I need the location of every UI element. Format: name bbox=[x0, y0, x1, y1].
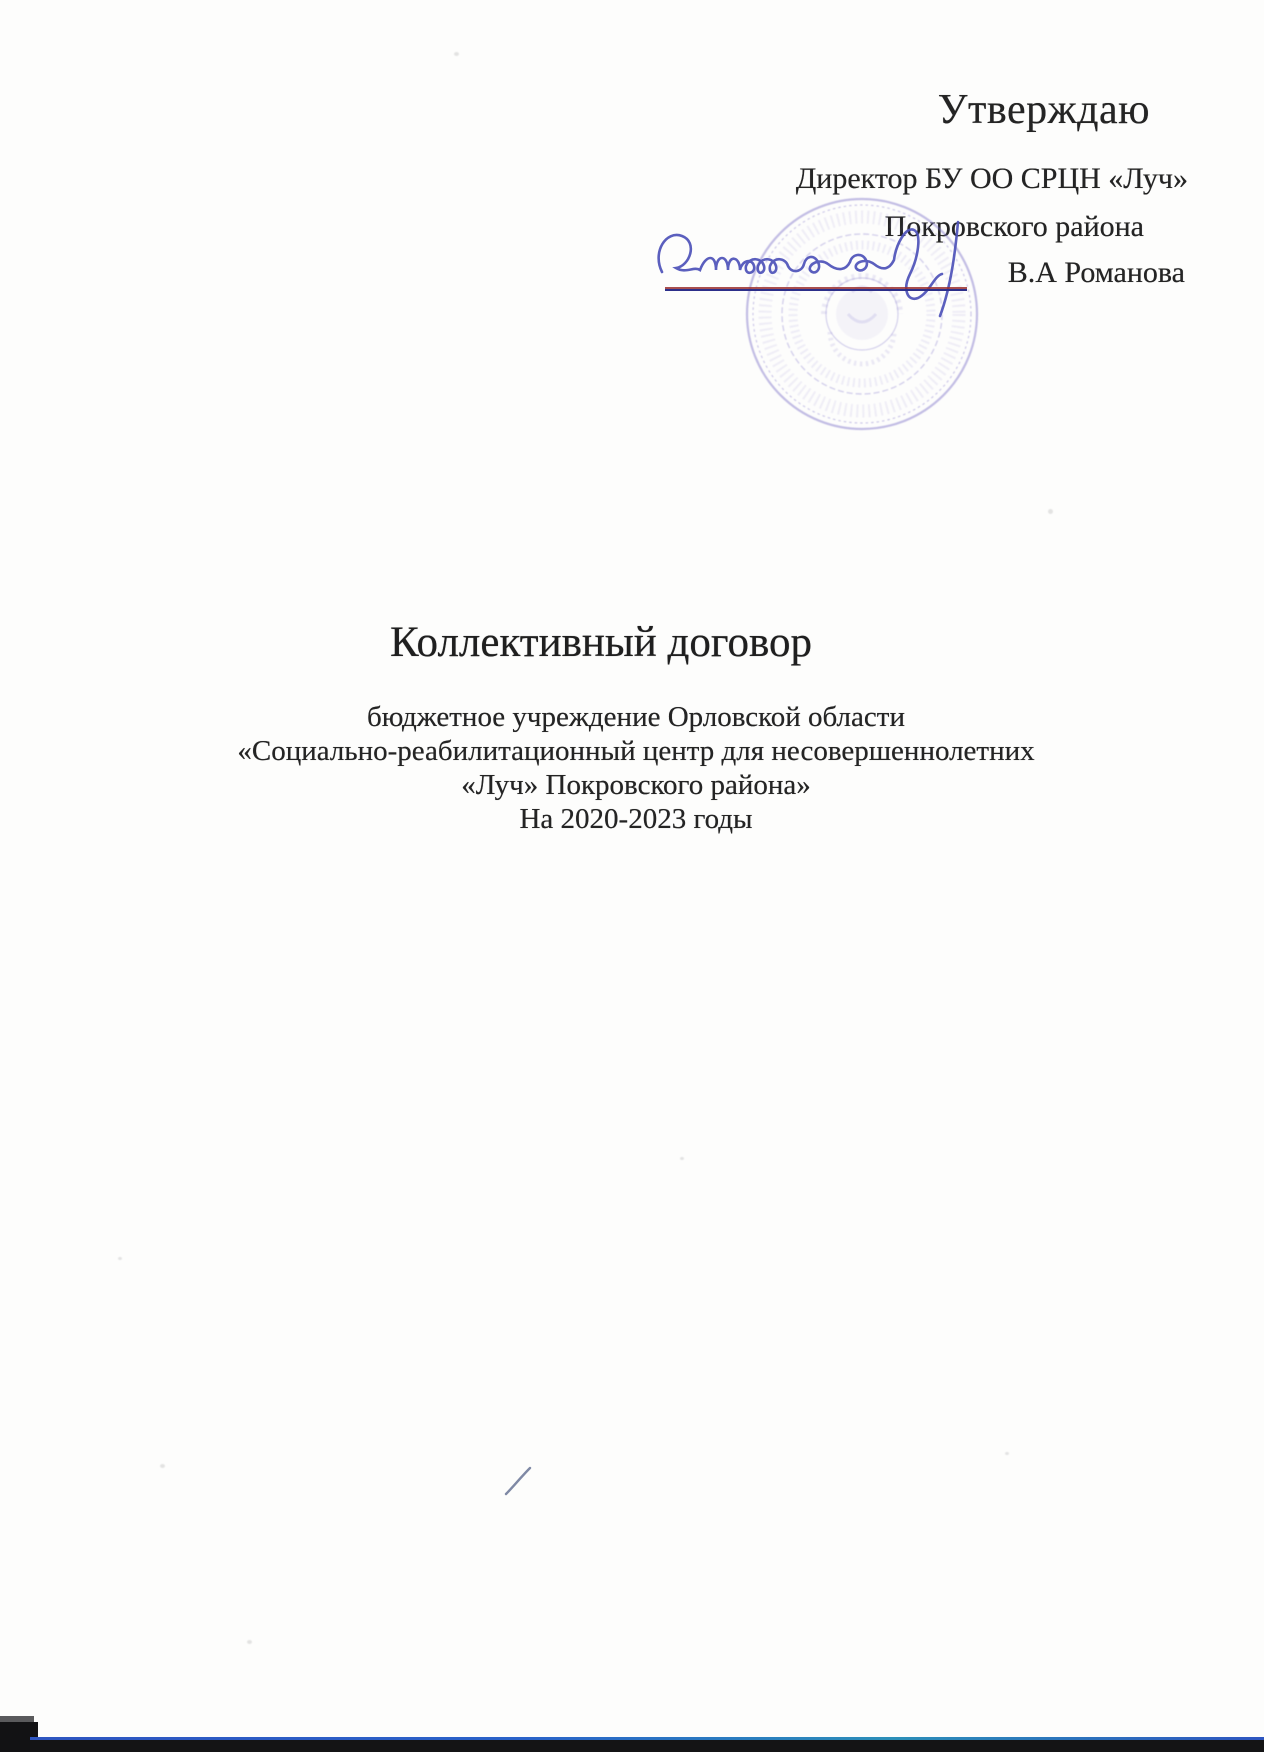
signature-line-blue bbox=[665, 289, 967, 291]
stray-pen-mark bbox=[498, 1458, 542, 1502]
subtitle-block: бюджетное учреждение Орловской области «… bbox=[4, 700, 1264, 836]
document-title: Коллективный договор bbox=[0, 618, 1202, 667]
subtitle-line-years: На 2020-2023 годы bbox=[4, 802, 1264, 836]
subtitle-line-center-name: «Социально-реабилитационный центр для не… bbox=[4, 734, 1264, 768]
scan-speck bbox=[247, 1640, 252, 1644]
signatory-name: В.А Романова bbox=[1008, 256, 1185, 290]
scan-speck bbox=[160, 1464, 165, 1468]
scan-speck bbox=[1005, 1452, 1009, 1455]
scan-speck bbox=[680, 1157, 684, 1160]
subtitle-line-institution: бюджетное учреждение Орловской области bbox=[4, 700, 1264, 734]
subtitle-line-district: «Луч» Покровского района» bbox=[4, 768, 1264, 802]
handwritten-signature bbox=[636, 210, 996, 325]
signature-line bbox=[665, 287, 967, 291]
scan-speck bbox=[1048, 509, 1053, 514]
scan-edge-bottom-bar bbox=[30, 1740, 1264, 1752]
scanned-document-page: Утверждаю Директор БУ ОО СРЦН «Луч» Покр… bbox=[0, 0, 1264, 1752]
scan-speck bbox=[118, 1257, 122, 1260]
approve-heading: Утверждаю bbox=[938, 86, 1150, 134]
scan-speck bbox=[454, 52, 459, 56]
